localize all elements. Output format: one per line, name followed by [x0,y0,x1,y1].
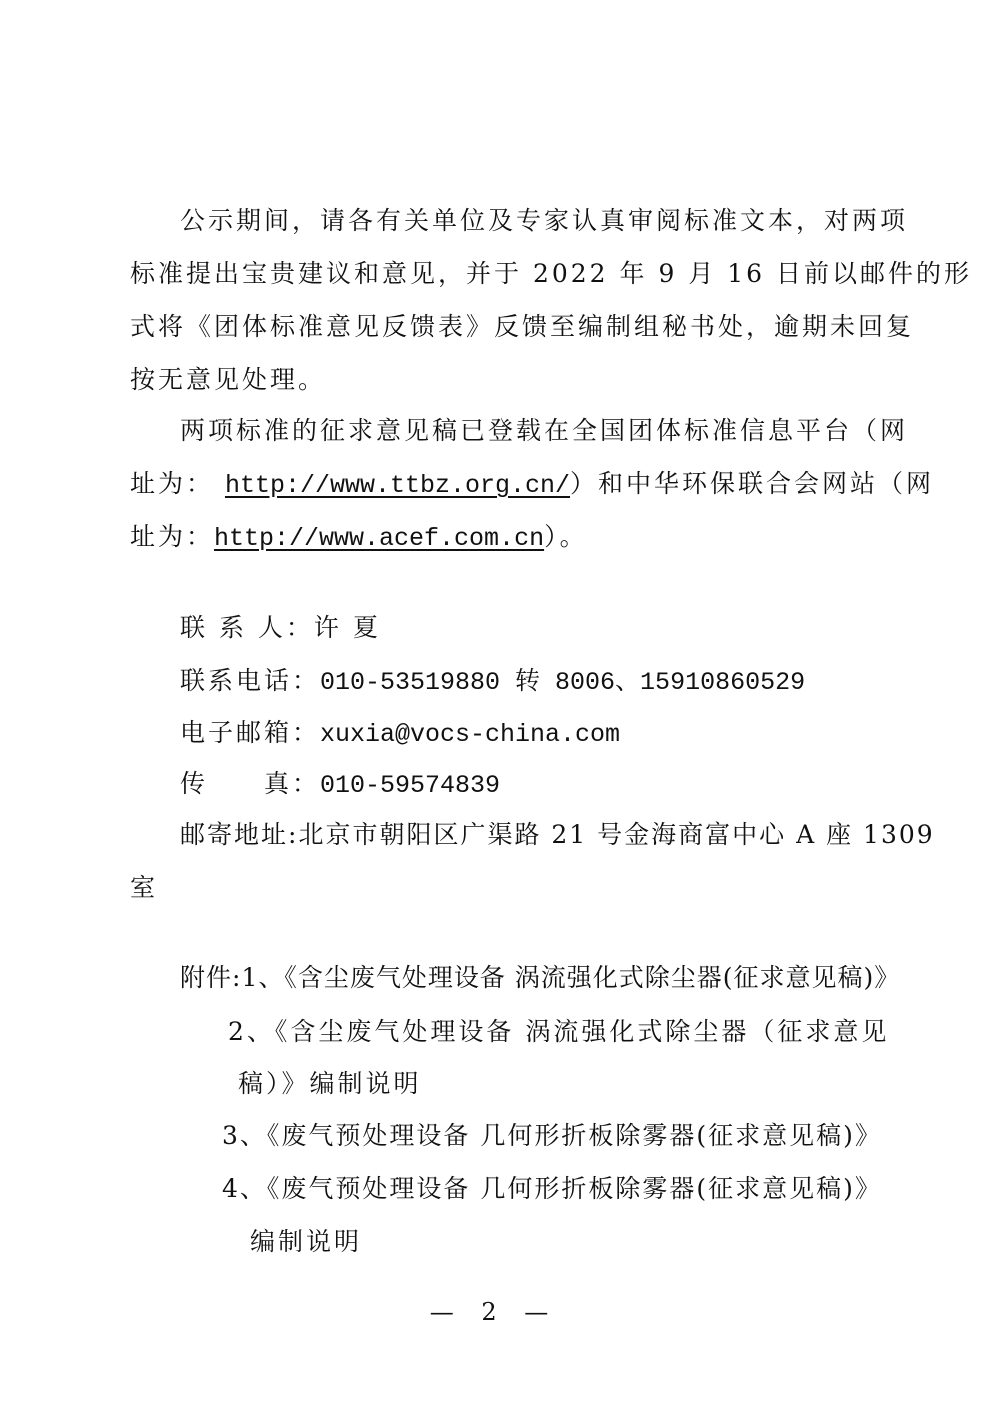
contact-phone: 联系电话：010-53519880 转 8006、15910860529 [180,665,805,699]
contact-person-label: 联 系 人： [180,613,314,642]
paragraph2-line3-suffix: ）。 [544,522,588,551]
contact-phone-label: 联系电话： [180,666,320,695]
contact-fax: 传 真：010-59574839 [180,768,500,802]
contact-email: 电子邮箱：xuxia@vocs-china.com [180,717,620,751]
contact-person-value: 许 夏 [314,613,381,642]
contact-address-label: 邮寄地址: [180,820,298,849]
address-label: 址为： [130,522,214,551]
paragraph1-line1: 公示期间，请各有关单位及专家认真审阅标准文本，对两项 [180,205,908,237]
attachment-2-line2: 稿）》编制说明 [238,1068,422,1100]
ttbz-link[interactable]: http://www.ttbz.org.cn/ [225,471,570,500]
contact-person: 联 系 人：许 夏 [180,612,381,644]
contact-email-value: xuxia@vocs-china.com [320,720,620,749]
acef-link[interactable]: http://www.acef.com.cn [214,524,544,553]
page-number: — 2 — [0,1298,988,1326]
contact-fax-value: 010-59574839 [320,771,500,800]
contact-address-value: 北京市朝阳区广渠路 21 号金海商富中心 A 座 1309 [298,820,934,849]
attachment-4: 4、《废气预处理设备 几何形折板除雾器(征求意见稿)》 [222,1173,882,1205]
attachment-2: 2、《含尘废气处理设备 涡流强化式除尘器（征求意见 [228,1016,889,1048]
paragraph1-line4: 按无意见处理。 [130,364,326,396]
contact-fax-label: 传 真： [180,769,320,798]
paragraph1-line3: 式将《团体标准意见反馈表》反馈至编制组秘书处，逾期未回复 [130,311,914,343]
contact-address-line2: 室 [130,872,158,904]
attachment-1: 附件:1、《含尘废气处理设备 涡流强化式除尘器(征求意见稿)》 [180,962,900,994]
contact-phone-value: 010-53519880 转 8006、15910860529 [320,668,805,697]
paragraph2-line1: 两项标准的征求意见稿已登载在全国团体标准信息平台（网 [180,415,908,447]
paragraph2-line3: 址为：http://www.acef.com.cn）。 [130,521,588,555]
attachment-1-title: 1、《含尘废气处理设备 涡流强化式除尘器(征求意见稿)》 [241,963,900,992]
paragraph2-line2-suffix: ）和中华环保联合会网站（网 [570,469,934,498]
address-label: 址为： [130,469,225,498]
contact-address: 邮寄地址:北京市朝阳区广渠路 21 号金海商富中心 A 座 1309 [180,819,935,851]
attachment-4-line2: 编制说明 [250,1226,362,1258]
attachment-3: 3、《废气预处理设备 几何形折板除雾器(征求意见稿)》 [222,1120,882,1152]
paragraph2-line2: 址为： http://www.ttbz.org.cn/）和中华环保联合会网站（网 [130,468,934,502]
attachments-label: 附件: [180,963,241,992]
contact-email-label: 电子邮箱： [180,718,320,747]
paragraph1-line2: 标准提出宝贵建议和意见，并于 2022 年 9 月 16 日前以邮件的形 [130,258,972,290]
